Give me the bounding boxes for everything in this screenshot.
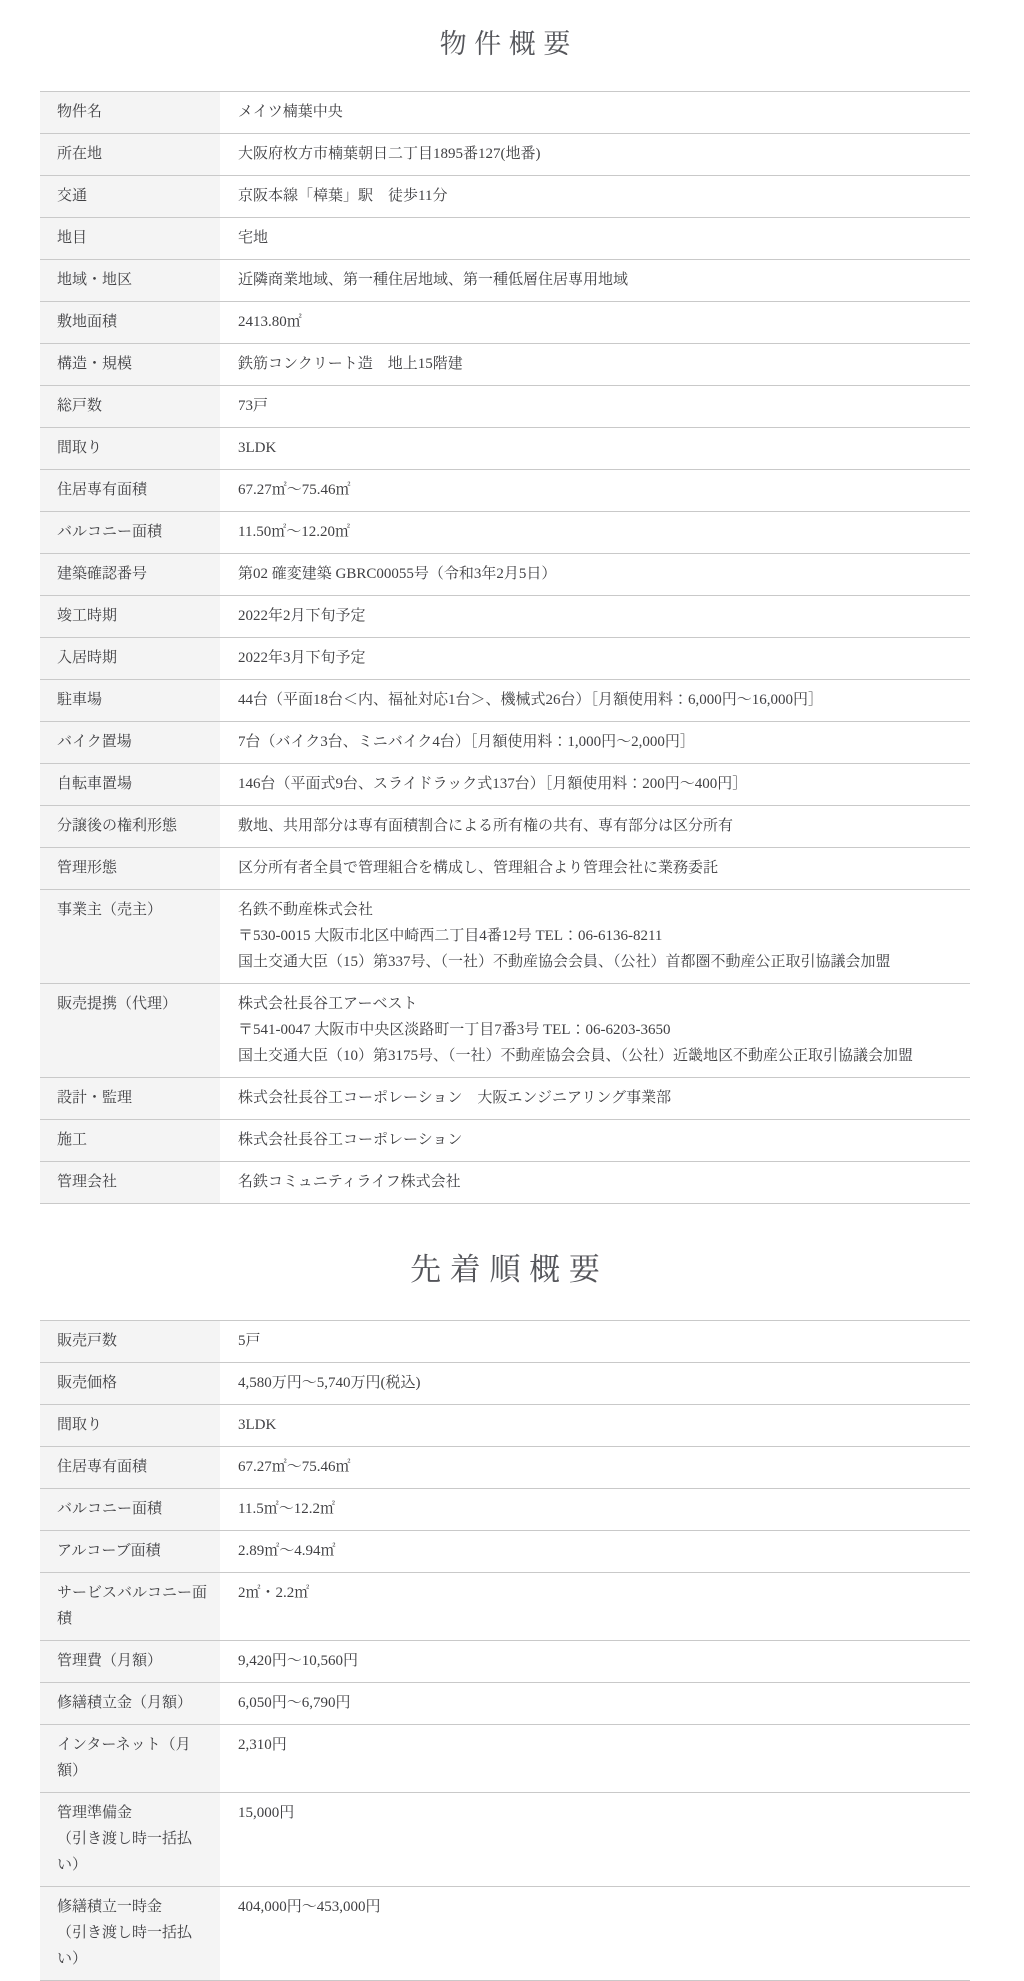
table-row: 敷地面積2413.80㎡ bbox=[40, 302, 970, 344]
row-value: 6,050円〜6,790円 bbox=[220, 1683, 970, 1724]
row-value: 2413.80㎡ bbox=[220, 302, 970, 343]
table-row: 総戸数73戸 bbox=[40, 386, 970, 428]
table-row: サービスバルコニー面積2㎡・2.2㎡ bbox=[40, 1573, 970, 1641]
row-value-line: 〒530-0015 大阪市北区中崎西二丁目4番12号 TEL：06-6136-8… bbox=[238, 923, 958, 949]
table-row: 地目宅地 bbox=[40, 218, 970, 260]
row-label-line: 事業主（売主） bbox=[57, 897, 212, 923]
row-label-line: （引き渡し時一括払い） bbox=[57, 1920, 212, 1972]
table-row: 設計・監理株式会社長谷工コーポレーション 大阪エンジニアリング事業部 bbox=[40, 1078, 970, 1120]
table-row: 自転車置場146台（平面式9台、スライドラック式137台）［月額使用料：200円… bbox=[40, 764, 970, 806]
row-label-line: 管理形態 bbox=[57, 855, 212, 881]
row-value-line: 大阪府枚方市楠葉朝日二丁目1895番127(地番) bbox=[238, 141, 958, 167]
table-row: 駐車場44台（平面18台＜内、福祉対応1台＞、機械式26台）［月額使用料：6,0… bbox=[40, 680, 970, 722]
row-value-line: 73戸 bbox=[238, 393, 958, 419]
row-value: 9,420円〜10,560円 bbox=[220, 1641, 970, 1682]
row-label: 設計・監理 bbox=[40, 1078, 220, 1119]
row-label: 地目 bbox=[40, 218, 220, 259]
row-label: 自転車置場 bbox=[40, 764, 220, 805]
row-value-line: 2413.80㎡ bbox=[238, 309, 958, 335]
row-label: 施工 bbox=[40, 1120, 220, 1161]
row-label: 駐車場 bbox=[40, 680, 220, 721]
first-come-overview-table: 販売戸数5戸販売価格4,580万円〜5,740万円(税込)間取り3LDK住居専有… bbox=[40, 1320, 970, 1981]
row-label: インターネット（月額） bbox=[40, 1725, 220, 1792]
table-row: 所在地大阪府枚方市楠葉朝日二丁目1895番127(地番) bbox=[40, 134, 970, 176]
row-label-line: 建築確認番号 bbox=[57, 561, 212, 587]
row-value-line: 名鉄不動産株式会社 bbox=[238, 897, 958, 923]
row-value: 11.50㎡〜12.20㎡ bbox=[220, 512, 970, 553]
row-label-line: 管理準備金 bbox=[57, 1800, 212, 1826]
row-value: 敷地、共用部分は専有面積割合による所有権の共有、専有部分は区分所有 bbox=[220, 806, 970, 847]
row-label: バイク置場 bbox=[40, 722, 220, 763]
row-label: バルコニー面積 bbox=[40, 512, 220, 553]
row-value-line: 11.5㎡〜12.2㎡ bbox=[238, 1496, 958, 1522]
row-value: 大阪府枚方市楠葉朝日二丁目1895番127(地番) bbox=[220, 134, 970, 175]
row-value-line: 株式会社長谷工コーポレーション 大阪エンジニアリング事業部 bbox=[238, 1085, 958, 1111]
row-value-line: 9,420円〜10,560円 bbox=[238, 1648, 958, 1674]
row-label-line: 所在地 bbox=[57, 141, 212, 167]
row-label-line: （引き渡し時一括払い） bbox=[57, 1826, 212, 1878]
row-label-line: 地域・地区 bbox=[57, 267, 212, 293]
table-row: 建築確認番号第02 確変建築 GBRC00055号（令和3年2月5日） bbox=[40, 554, 970, 596]
row-value-line: 2022年2月下旬予定 bbox=[238, 603, 958, 629]
row-value: 67.27㎡〜75.46㎡ bbox=[220, 1447, 970, 1488]
row-value-line: 146台（平面式9台、スライドラック式137台）［月額使用料：200円〜400円… bbox=[238, 771, 958, 797]
row-value: 株式会社長谷工コーポレーション bbox=[220, 1120, 970, 1161]
table-row: 販売価格4,580万円〜5,740万円(税込) bbox=[40, 1363, 970, 1405]
table-row: 修繕積立一時金（引き渡し時一括払い）404,000円〜453,000円 bbox=[40, 1887, 970, 1981]
row-value: 区分所有者全員で管理組合を構成し、管理組合より管理会社に業務委託 bbox=[220, 848, 970, 889]
row-label: 間取り bbox=[40, 428, 220, 469]
row-value: 73戸 bbox=[220, 386, 970, 427]
row-label-line: 管理費（月額） bbox=[57, 1648, 212, 1674]
table-row: 竣工時期2022年2月下旬予定 bbox=[40, 596, 970, 638]
row-value-line: 2㎡・2.2㎡ bbox=[238, 1580, 958, 1606]
row-value: 11.5㎡〜12.2㎡ bbox=[220, 1489, 970, 1530]
row-label: アルコーブ面積 bbox=[40, 1531, 220, 1572]
row-label: 管理費（月額） bbox=[40, 1641, 220, 1682]
row-value-line: 6,050円〜6,790円 bbox=[238, 1690, 958, 1716]
row-value-line: 国土交通大臣（10）第3175号、（一社）不動産協会会員、（公社）近畿地区不動産… bbox=[238, 1043, 958, 1069]
row-value: 名鉄不動産株式会社〒530-0015 大阪市北区中崎西二丁目4番12号 TEL：… bbox=[220, 890, 970, 983]
row-value: 第02 確変建築 GBRC00055号（令和3年2月5日） bbox=[220, 554, 970, 595]
row-label-line: 敷地面積 bbox=[57, 309, 212, 335]
row-label-line: アルコーブ面積 bbox=[57, 1538, 212, 1564]
row-label: 管理会社 bbox=[40, 1162, 220, 1203]
row-label-line: 修繕積立一時金 bbox=[57, 1894, 212, 1920]
row-value-line: 404,000円〜453,000円 bbox=[238, 1894, 958, 1920]
row-label-line: 物件名 bbox=[57, 99, 212, 125]
row-label-line: 地目 bbox=[57, 225, 212, 251]
row-value-line: 国土交通大臣（15）第337号、（一社）不動産協会会員、（公社）首都圏不動産公正… bbox=[238, 949, 958, 975]
row-value: 5戸 bbox=[220, 1321, 970, 1362]
row-label: 修繕積立一時金（引き渡し時一括払い） bbox=[40, 1887, 220, 1980]
row-label-line: バルコニー面積 bbox=[57, 1496, 212, 1522]
table-row: 物件名メイツ楠葉中央 bbox=[40, 92, 970, 134]
row-value-line: 株式会社長谷工コーポレーション bbox=[238, 1127, 958, 1153]
row-label: サービスバルコニー面積 bbox=[40, 1573, 220, 1640]
row-value-line: 11.50㎡〜12.20㎡ bbox=[238, 519, 958, 545]
row-value-line: メイツ楠葉中央 bbox=[238, 99, 958, 125]
row-label: 交通 bbox=[40, 176, 220, 217]
row-value: メイツ楠葉中央 bbox=[220, 92, 970, 133]
row-value: 7台（バイク3台、ミニバイク4台）［月額使用料：1,000円〜2,000円］ bbox=[220, 722, 970, 763]
table-row: バルコニー面積11.5㎡〜12.2㎡ bbox=[40, 1489, 970, 1531]
row-label: 竣工時期 bbox=[40, 596, 220, 637]
table-row: 地域・地区近隣商業地域、第一種住居地域、第一種低層住居専用地域 bbox=[40, 260, 970, 302]
row-label-line: 自転車置場 bbox=[57, 771, 212, 797]
row-label-line: 住居専有面積 bbox=[57, 477, 212, 503]
row-label-line: 設計・監理 bbox=[57, 1085, 212, 1111]
table-row: 入居時期2022年3月下旬予定 bbox=[40, 638, 970, 680]
row-value-line: 7台（バイク3台、ミニバイク4台）［月額使用料：1,000円〜2,000円］ bbox=[238, 729, 958, 755]
table-row: 販売提携（代理）株式会社長谷工アーベスト〒541-0047 大阪市中央区淡路町一… bbox=[40, 984, 970, 1078]
row-label-line: 分譲後の権利形態 bbox=[57, 813, 212, 839]
row-label-line: 駐車場 bbox=[57, 687, 212, 713]
table-row: アルコーブ面積2.89㎡〜4.94㎡ bbox=[40, 1531, 970, 1573]
row-label: 販売提携（代理） bbox=[40, 984, 220, 1077]
row-value-line: 2,310円 bbox=[238, 1732, 958, 1758]
row-label-line: 住居専有面積 bbox=[57, 1454, 212, 1480]
row-value: 2.89㎡〜4.94㎡ bbox=[220, 1531, 970, 1572]
row-value-line: 区分所有者全員で管理組合を構成し、管理組合より管理会社に業務委託 bbox=[238, 855, 958, 881]
row-value-line: 株式会社長谷工アーベスト bbox=[238, 991, 958, 1017]
row-label: 地域・地区 bbox=[40, 260, 220, 301]
row-value: 京阪本線「樟葉」駅 徒歩11分 bbox=[220, 176, 970, 217]
row-value: 名鉄コミュニティライフ株式会社 bbox=[220, 1162, 970, 1203]
table-row: インターネット（月額）2,310円 bbox=[40, 1725, 970, 1793]
row-value-line: 3LDK bbox=[238, 435, 958, 461]
table-row: 構造・規模鉄筋コンクリート造 地上15階建 bbox=[40, 344, 970, 386]
row-value: 宅地 bbox=[220, 218, 970, 259]
row-label-line: 構造・規模 bbox=[57, 351, 212, 377]
table-row: 住居専有面積67.27㎡〜75.46㎡ bbox=[40, 1447, 970, 1489]
row-label-line: サービスバルコニー面積 bbox=[57, 1580, 212, 1632]
row-label-line: 修繕積立金（月額） bbox=[57, 1690, 212, 1716]
row-label: 総戸数 bbox=[40, 386, 220, 427]
row-label-line: 交通 bbox=[57, 183, 212, 209]
table-row: 施工株式会社長谷工コーポレーション bbox=[40, 1120, 970, 1162]
row-value: 15,000円 bbox=[220, 1793, 970, 1886]
row-value: 2022年3月下旬予定 bbox=[220, 638, 970, 679]
row-label: 建築確認番号 bbox=[40, 554, 220, 595]
table-row: 販売戸数5戸 bbox=[40, 1321, 970, 1363]
table-row: 管理費（月額）9,420円〜10,560円 bbox=[40, 1641, 970, 1683]
table-row: バルコニー面積11.50㎡〜12.20㎡ bbox=[40, 512, 970, 554]
table-row: 間取り3LDK bbox=[40, 428, 970, 470]
property-summary-page: 物件概要 物件名メイツ楠葉中央所在地大阪府枚方市楠葉朝日二丁目1895番127(… bbox=[40, 0, 970, 1981]
row-label: 構造・規模 bbox=[40, 344, 220, 385]
row-label-line: 間取り bbox=[57, 1412, 212, 1438]
table-row: 管理形態区分所有者全員で管理組合を構成し、管理組合より管理会社に業務委託 bbox=[40, 848, 970, 890]
row-value: 2㎡・2.2㎡ bbox=[220, 1573, 970, 1640]
row-value-line: 4,580万円〜5,740万円(税込) bbox=[238, 1370, 958, 1396]
row-value: 67.27㎡〜75.46㎡ bbox=[220, 470, 970, 511]
row-label: 修繕積立金（月額） bbox=[40, 1683, 220, 1724]
row-label-line: 総戸数 bbox=[57, 393, 212, 419]
table-row: 修繕積立金（月額）6,050円〜6,790円 bbox=[40, 1683, 970, 1725]
row-label: 間取り bbox=[40, 1405, 220, 1446]
row-label: 物件名 bbox=[40, 92, 220, 133]
property-overview-table: 物件名メイツ楠葉中央所在地大阪府枚方市楠葉朝日二丁目1895番127(地番)交通… bbox=[40, 91, 970, 1204]
row-label-line: インターネット（月額） bbox=[57, 1732, 212, 1784]
row-value-line: 67.27㎡〜75.46㎡ bbox=[238, 1454, 958, 1480]
row-label: 敷地面積 bbox=[40, 302, 220, 343]
row-label: バルコニー面積 bbox=[40, 1489, 220, 1530]
table-row: 管理会社名鉄コミュニティライフ株式会社 bbox=[40, 1162, 970, 1204]
table-row: 間取り3LDK bbox=[40, 1405, 970, 1447]
row-value-line: 2022年3月下旬予定 bbox=[238, 645, 958, 671]
row-value: 44台（平面18台＜内、福祉対応1台＞、機械式26台）［月額使用料：6,000円… bbox=[220, 680, 970, 721]
row-value-line: 宅地 bbox=[238, 225, 958, 251]
table-row: 管理準備金（引き渡し時一括払い）15,000円 bbox=[40, 1793, 970, 1887]
row-value: 2,310円 bbox=[220, 1725, 970, 1792]
row-value-line: 第02 確変建築 GBRC00055号（令和3年2月5日） bbox=[238, 561, 958, 587]
row-value: 146台（平面式9台、スライドラック式137台）［月額使用料：200円〜400円… bbox=[220, 764, 970, 805]
row-value: 鉄筋コンクリート造 地上15階建 bbox=[220, 344, 970, 385]
row-label-line: 販売価格 bbox=[57, 1370, 212, 1396]
row-value-line: 2.89㎡〜4.94㎡ bbox=[238, 1538, 958, 1564]
row-value: 4,580万円〜5,740万円(税込) bbox=[220, 1363, 970, 1404]
row-label: 分譲後の権利形態 bbox=[40, 806, 220, 847]
row-value: 3LDK bbox=[220, 1405, 970, 1446]
row-label-line: バルコニー面積 bbox=[57, 519, 212, 545]
row-label: 所在地 bbox=[40, 134, 220, 175]
row-label-line: 販売戸数 bbox=[57, 1328, 212, 1354]
row-value-line: 5戸 bbox=[238, 1328, 958, 1354]
row-value-line: 鉄筋コンクリート造 地上15階建 bbox=[238, 351, 958, 377]
row-value-line: 67.27㎡〜75.46㎡ bbox=[238, 477, 958, 503]
row-label-line: 竣工時期 bbox=[57, 603, 212, 629]
table-row: バイク置場7台（バイク3台、ミニバイク4台）［月額使用料：1,000円〜2,00… bbox=[40, 722, 970, 764]
row-value: 近隣商業地域、第一種住居地域、第一種低層住居専用地域 bbox=[220, 260, 970, 301]
row-value: 404,000円〜453,000円 bbox=[220, 1887, 970, 1980]
row-label: 管理形態 bbox=[40, 848, 220, 889]
row-label: 販売戸数 bbox=[40, 1321, 220, 1362]
row-value: 株式会社長谷工コーポレーション 大阪エンジニアリング事業部 bbox=[220, 1078, 970, 1119]
row-value: 2022年2月下旬予定 bbox=[220, 596, 970, 637]
row-value-line: 敷地、共用部分は専有面積割合による所有権の共有、専有部分は区分所有 bbox=[238, 813, 958, 839]
table-row: 分譲後の権利形態敷地、共用部分は専有面積割合による所有権の共有、専有部分は区分所… bbox=[40, 806, 970, 848]
row-label: 住居専有面積 bbox=[40, 1447, 220, 1488]
row-label-line: 販売提携（代理） bbox=[57, 991, 212, 1017]
row-value-line: 3LDK bbox=[238, 1412, 958, 1438]
section-title-property-overview: 物件概要 bbox=[40, 0, 970, 64]
row-label: 入居時期 bbox=[40, 638, 220, 679]
row-value-line: 〒541-0047 大阪市中央区淡路町一丁目7番3号 TEL：06-6203-3… bbox=[238, 1017, 958, 1043]
row-value: 3LDK bbox=[220, 428, 970, 469]
row-value-line: 15,000円 bbox=[238, 1800, 958, 1826]
row-label-line: 管理会社 bbox=[57, 1169, 212, 1195]
row-label: 販売価格 bbox=[40, 1363, 220, 1404]
row-value-line: 名鉄コミュニティライフ株式会社 bbox=[238, 1169, 958, 1195]
row-label: 住居専有面積 bbox=[40, 470, 220, 511]
table-row: 事業主（売主）名鉄不動産株式会社〒530-0015 大阪市北区中崎西二丁目4番1… bbox=[40, 890, 970, 984]
row-value: 株式会社長谷工アーベスト〒541-0047 大阪市中央区淡路町一丁目7番3号 T… bbox=[220, 984, 970, 1077]
section-title-first-come-overview: 先着順概要 bbox=[40, 1204, 970, 1292]
table-row: 交通京阪本線「樟葉」駅 徒歩11分 bbox=[40, 176, 970, 218]
row-label: 管理準備金（引き渡し時一括払い） bbox=[40, 1793, 220, 1886]
row-value-line: 京阪本線「樟葉」駅 徒歩11分 bbox=[238, 183, 958, 209]
row-label-line: 施工 bbox=[57, 1127, 212, 1153]
row-label-line: バイク置場 bbox=[57, 729, 212, 755]
table-row: 住居専有面積67.27㎡〜75.46㎡ bbox=[40, 470, 970, 512]
row-label: 事業主（売主） bbox=[40, 890, 220, 983]
row-value-line: 44台（平面18台＜内、福祉対応1台＞、機械式26台）［月額使用料：6,000円… bbox=[238, 687, 958, 713]
row-label-line: 間取り bbox=[57, 435, 212, 461]
row-value-line: 近隣商業地域、第一種住居地域、第一種低層住居専用地域 bbox=[238, 267, 958, 293]
row-label-line: 入居時期 bbox=[57, 645, 212, 671]
